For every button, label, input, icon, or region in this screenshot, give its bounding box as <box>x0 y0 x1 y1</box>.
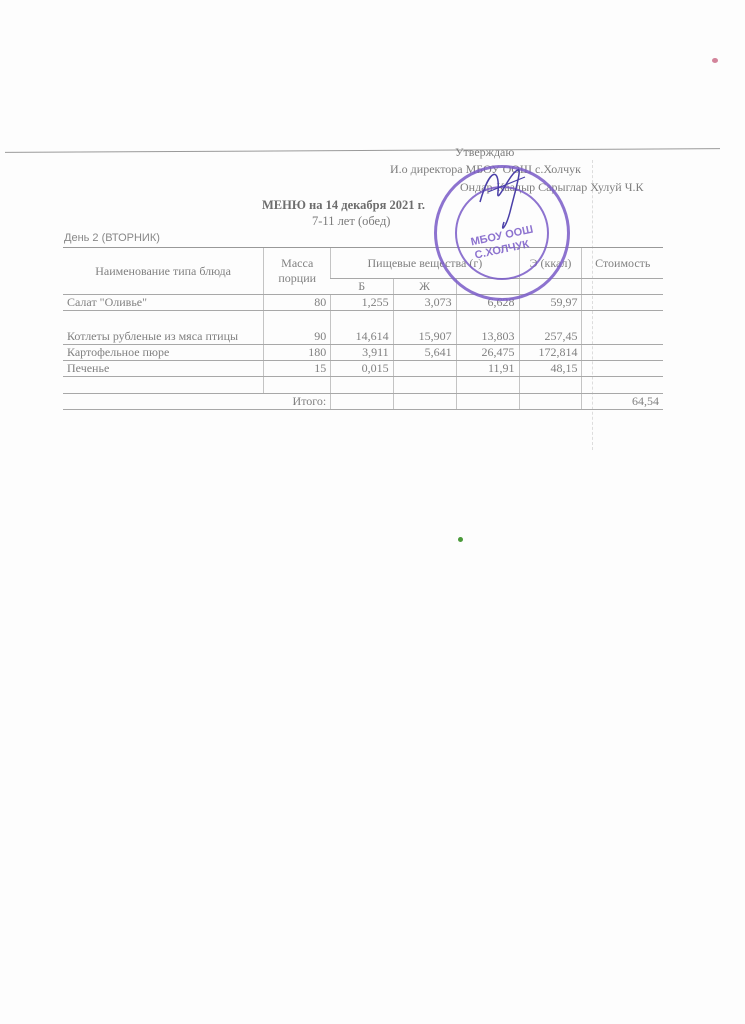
dish-name: Картофельное пюре <box>63 345 264 361</box>
table-row: Котлеты рубленые из мяса птицы 90 14,614… <box>63 311 663 345</box>
dish-energy: 257,45 <box>519 311 582 345</box>
scan-speck-red <box>712 58 718 63</box>
table-row: Салат "Оливье" 80 1,255 3,073 6,628 59,9… <box>63 295 663 311</box>
menu-title: МЕНЮ на 14 декабря 2021 г. <box>262 198 425 213</box>
total-cost: 64,54 <box>582 394 663 410</box>
dish-cost <box>582 311 663 345</box>
dish-fat: 3,073 <box>393 295 456 311</box>
col-header-mass: Масса порции <box>264 248 331 295</box>
dish-fat: 5,641 <box>393 345 456 361</box>
col-header-z: Ж <box>393 279 456 295</box>
signature-icon <box>470 162 540 242</box>
dish-protein: 14,614 <box>331 311 393 345</box>
dish-cost <box>582 345 663 361</box>
col-header-cost-sub <box>582 279 663 295</box>
page-top-rule <box>5 148 720 153</box>
dish-fat: 15,907 <box>393 311 456 345</box>
approval-heading: Утверждаю <box>455 145 514 160</box>
day-label: День 2 (ВТОРНИК) <box>64 232 160 244</box>
dish-energy: 48,15 <box>519 361 582 377</box>
dish-mass: 90 <box>264 311 331 345</box>
dish-carbs: 26,475 <box>456 345 519 361</box>
dish-mass: 80 <box>264 295 331 311</box>
dish-name: Котлеты рубленые из мяса птицы <box>63 311 264 345</box>
dish-name: Салат "Оливье" <box>63 295 264 311</box>
dish-protein: 0,015 <box>331 361 393 377</box>
dish-cost <box>582 295 663 311</box>
table-row: Печенье 15 0,015 11,91 48,15 <box>63 361 663 377</box>
table-total-row: Итого: 64,54 <box>63 394 663 410</box>
col-header-b: Б <box>331 279 393 295</box>
dish-energy: 172,814 <box>519 345 582 361</box>
col-header-cost: Стоимость <box>582 248 663 279</box>
menu-table: Наименование типа блюда Масса порции Пищ… <box>63 247 663 410</box>
dish-mass: 15 <box>264 361 331 377</box>
dish-mass: 180 <box>264 345 331 361</box>
table-header-row: Наименование типа блюда Масса порции Пищ… <box>63 248 663 279</box>
col-header-name: Наименование типа блюда <box>63 248 264 295</box>
table-row: Картофельное пюре 180 3,911 5,641 26,475… <box>63 345 663 361</box>
dish-protein: 3,911 <box>331 345 393 361</box>
dish-energy: 59,97 <box>519 295 582 311</box>
menu-subtitle: 7-11 лет (обед) <box>312 214 390 229</box>
dish-carbs: 11,91 <box>456 361 519 377</box>
dish-name: Печенье <box>63 361 264 377</box>
dish-carbs: 13,803 <box>456 311 519 345</box>
total-label: Итого: <box>63 394 331 410</box>
dish-fat <box>393 361 456 377</box>
table-row-empty <box>63 377 663 394</box>
scan-speck-green <box>458 537 463 542</box>
dish-cost <box>582 361 663 377</box>
dish-protein: 1,255 <box>331 295 393 311</box>
